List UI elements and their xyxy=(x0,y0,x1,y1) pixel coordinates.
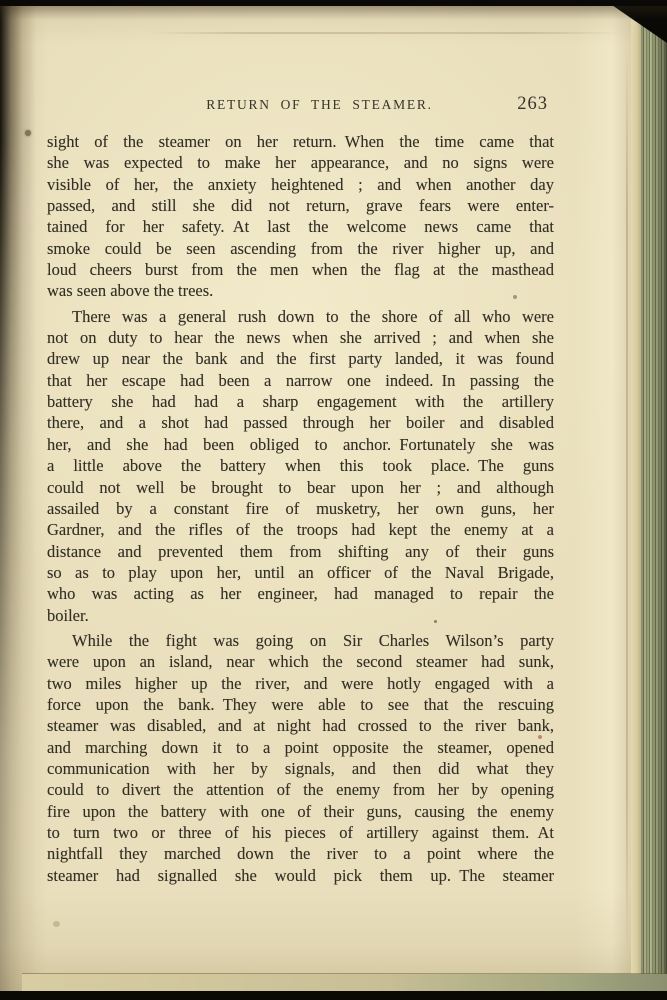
text-line: assailed by a constant fire of musketry,… xyxy=(47,498,554,519)
paper-crease xyxy=(626,50,628,960)
text-line: was seen above the trees. xyxy=(47,280,554,301)
bottom-photo-edge xyxy=(0,991,667,1000)
text-line: so as to play upon her, until an officer… xyxy=(47,562,554,583)
text-line: steamer had signalled she would pick the… xyxy=(47,865,554,886)
running-header-title: RETURN OF THE STEAMER. xyxy=(47,97,554,113)
text-line: her, and she had been obliged to anchor.… xyxy=(47,434,554,455)
text-line: two miles higher up the river, and were … xyxy=(47,673,554,694)
text-line: nightfall they marched down the river to… xyxy=(47,843,554,864)
paragraph: While the fight was going on Sir Charles… xyxy=(47,630,554,886)
paragraph: sight of the steamer on her return. When… xyxy=(47,131,554,302)
text-line: were upon an island, near which the seco… xyxy=(47,651,554,672)
text-line: could not well be brought to bear upon h… xyxy=(47,477,554,498)
text-line: Gardner, and the rifles of the troops ha… xyxy=(47,519,554,540)
paper-speck xyxy=(434,620,437,623)
text-line: steamer was disabled, and at night had c… xyxy=(47,715,554,736)
paper-crease xyxy=(150,32,620,34)
text-line: loud cheers burst from the men when the … xyxy=(47,259,554,280)
fore-edge-pages xyxy=(641,2,667,998)
paragraph: There was a general rush down to the sho… xyxy=(47,306,554,626)
book-page: RETURN OF THE STEAMER. 263 sight of the … xyxy=(0,0,667,1000)
text-line: While the fight was going on Sir Charles… xyxy=(47,630,554,651)
gutter-shadow xyxy=(0,0,36,1000)
text-line: she was expected to make her appearance,… xyxy=(47,152,554,173)
text-line: that her escape had been a narrow one in… xyxy=(47,370,554,391)
text-line: smoke could be seen ascending from the r… xyxy=(47,238,554,259)
page-number: 263 xyxy=(517,94,548,115)
text-line: communication with her by signals, and t… xyxy=(47,758,554,779)
text-line: to turn two or three of his pieces of ar… xyxy=(47,822,554,843)
text-line: force upon the bank. They were able to s… xyxy=(47,694,554,715)
text-line: a little above the battery when this too… xyxy=(47,455,554,476)
text-line: drew up near the bank and the first part… xyxy=(47,348,554,369)
text-line: There was a general rush down to the sho… xyxy=(47,306,554,327)
paper-speck xyxy=(53,921,60,927)
paper-speck xyxy=(513,295,517,299)
text-line: distance and prevented them from shiftin… xyxy=(47,541,554,562)
book-scan: RETURN OF THE STEAMER. 263 sight of the … xyxy=(0,0,667,1000)
text-line: boiler. xyxy=(47,605,554,626)
page-text: sight of the steamer on her return. When… xyxy=(47,131,554,886)
text-line: tained for her safety. At last the welco… xyxy=(47,216,554,237)
text-line: could to divert the attention of the ene… xyxy=(47,779,554,800)
text-line: and marching down it to a point opposite… xyxy=(47,737,554,758)
bottom-page-edges xyxy=(22,974,667,992)
text-line: visible of her, the anxiety heightened ;… xyxy=(47,174,554,195)
text-line: there, and a shot had passed through her… xyxy=(47,412,554,433)
text-line: passed, and still she did not return, gr… xyxy=(47,195,554,216)
text-line: who was acting as her engineer, had mana… xyxy=(47,583,554,604)
text-line: sight of the steamer on her return. When… xyxy=(47,131,554,152)
running-header: RETURN OF THE STEAMER. 263 xyxy=(47,97,554,117)
text-line: battery she had had a sharp engagement w… xyxy=(47,391,554,412)
top-edge-shadow xyxy=(0,6,667,20)
paper-speck xyxy=(538,735,542,739)
text-line: not on duty to hear the news when she ar… xyxy=(47,327,554,348)
text-line: fire upon the battery with one of their … xyxy=(47,801,554,822)
